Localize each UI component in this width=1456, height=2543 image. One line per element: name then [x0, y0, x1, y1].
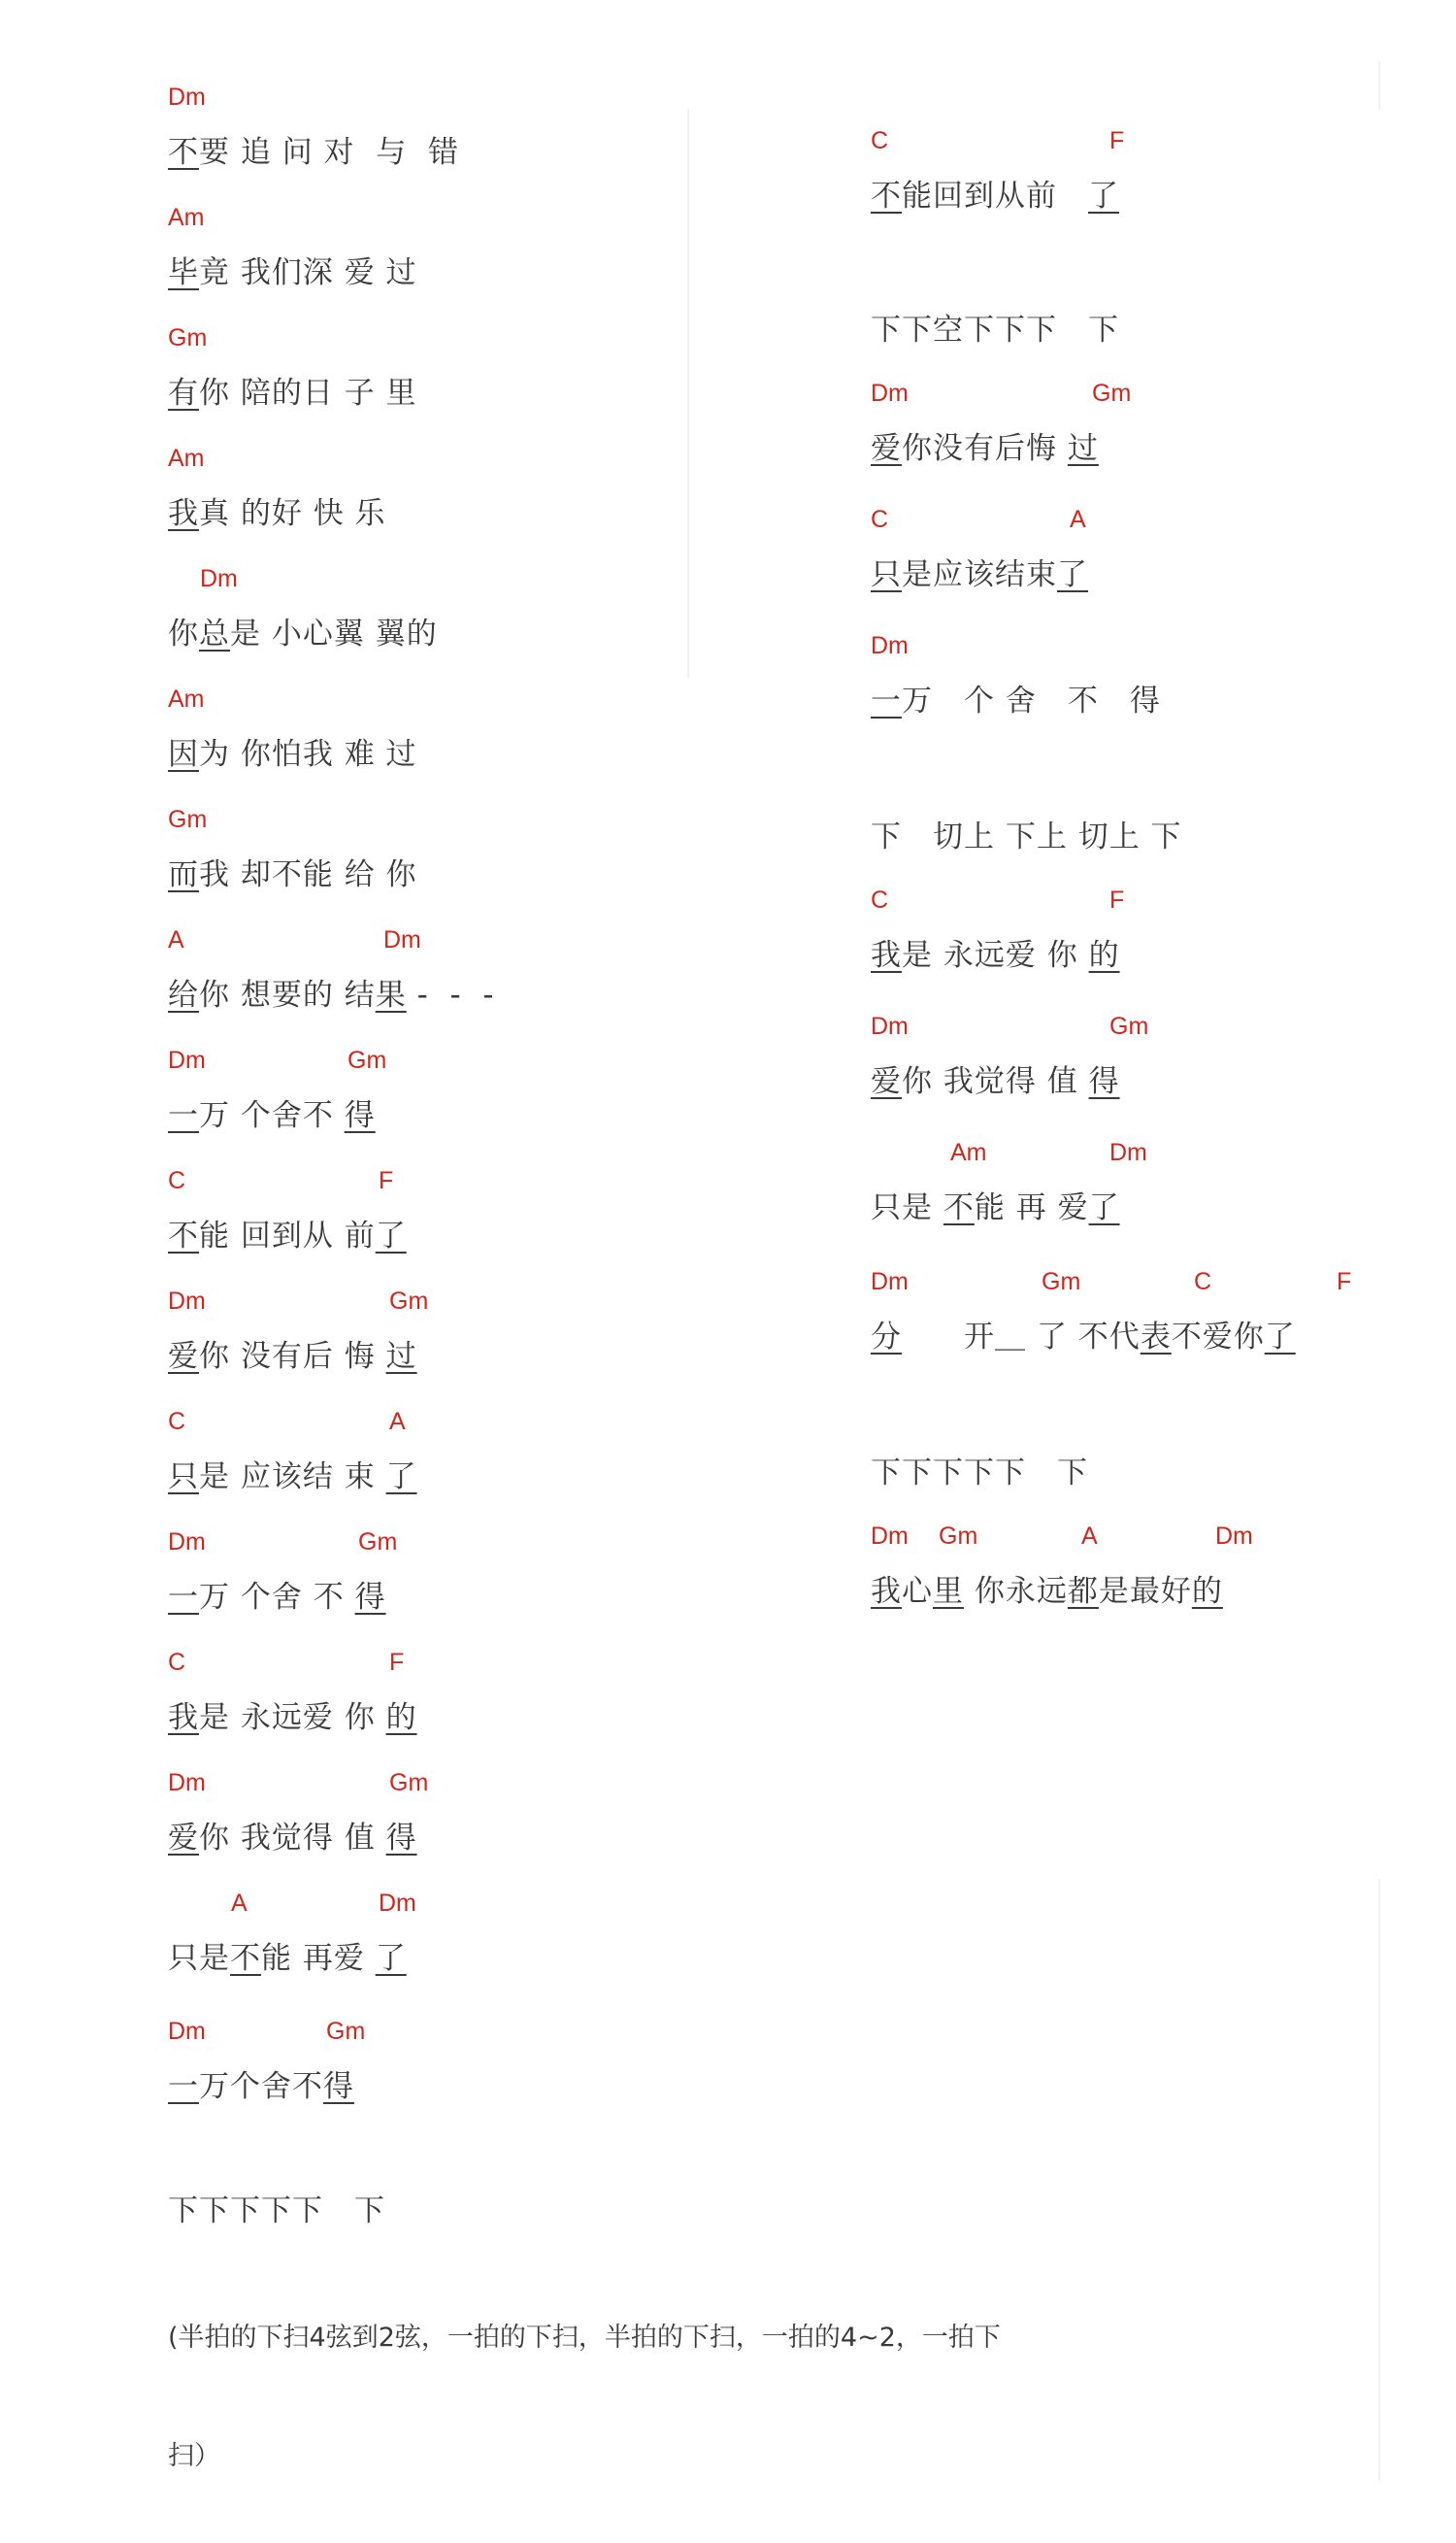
lyric-accent-char: 毕 — [168, 255, 199, 290]
lyric-line: 一万个舍不得 — [168, 2067, 354, 2106]
lyric-accent-char: 爱 — [871, 431, 902, 466]
chord-label: Dm — [1215, 1522, 1253, 1551]
lyric-line: 我真 的好 快 乐 — [168, 494, 386, 533]
lyric-accent-char: 得 — [355, 1580, 386, 1615]
lyric-accent-char: 爱 — [168, 1821, 199, 1856]
lyric-text: 你永远 — [964, 1574, 1068, 1609]
lyric-accent-char: 的 — [1192, 1574, 1223, 1609]
lyric-text: 心 — [902, 1574, 933, 1609]
lyric-line: 因为 你怕我 难 过 — [168, 735, 417, 774]
lyric-accent-char: 只 — [168, 1459, 199, 1494]
lyric-accent-char: 了 — [1088, 179, 1119, 214]
chord-label: A — [1081, 1522, 1098, 1551]
lyric-accent-char: 里 — [933, 1574, 964, 1609]
vertical-divider — [1378, 61, 1380, 110]
strum-note: (半拍的下扫4弦到2弦，一拍的下扫，半拍的下扫，一拍的4~2，一拍下 — [168, 2321, 1001, 2356]
lyric-text: 竟 我们深 爱 过 — [199, 255, 417, 290]
lyric-accent-char: 爱 — [871, 1064, 902, 1099]
chord-label: Gm — [939, 1522, 977, 1551]
lyric-line: 分 开＿ 了 不代表不爱你了 — [871, 1318, 1296, 1356]
lyric-line: 只是 不能 再 爱了 — [871, 1188, 1120, 1227]
chord-label: C — [1194, 1267, 1211, 1296]
lyric-accent-char: 我 — [871, 938, 902, 973]
chord-label: A — [389, 1407, 406, 1436]
lyric-accent-char: 得 — [386, 1821, 417, 1856]
lyric-line: 只是应该结束了 — [871, 555, 1088, 594]
lyric-accent-char: 不 — [871, 179, 902, 214]
chord-label: F — [1109, 886, 1124, 915]
lyric-accent-char: 只 — [871, 557, 902, 592]
lyric-line: 只是 应该结 束 了 — [168, 1457, 417, 1496]
lyric-line: 一万 个舍 不 得 — [168, 1578, 386, 1617]
lyric-accent-char: 都 — [1068, 1574, 1099, 1609]
chord-label: Gm — [1109, 1012, 1148, 1041]
chord-label: Dm — [168, 1527, 206, 1556]
lyric-accent-char: 分 — [871, 1320, 902, 1355]
chord-label: Gm — [1042, 1267, 1080, 1296]
lyric-accent-char: 不 — [230, 1941, 261, 1976]
lyric-text: 万 个舍不 — [199, 1098, 345, 1133]
chord-sheet-page: Dm不要 追 问 对 与 错Am毕竟 我们深 爱 过Gm有你 陪的日 子 里Am… — [0, 0, 1456, 2543]
chord-label: Dm — [168, 1287, 206, 1316]
chord-label: Am — [950, 1138, 987, 1167]
chord-label: Dm — [871, 1012, 909, 1041]
lyric-line: 我是 永远爱 你 的 — [871, 936, 1120, 975]
strum-pattern-line: 下 切上 下上 切上 下 — [871, 818, 1182, 856]
lyric-line: 爱你 我觉得 值 得 — [871, 1062, 1120, 1101]
lyric-line: 不要 追 问 对 与 错 — [168, 133, 459, 172]
lyric-line: 有你 陪的日 子 里 — [168, 374, 417, 413]
lyric-accent-char: 我 — [168, 1700, 199, 1735]
lyric-text: 下下空下下下 下 — [871, 313, 1119, 348]
lyric-text: 我 却不能 给 你 — [199, 857, 417, 892]
lyric-text: 下下下下下 下 — [871, 1456, 1088, 1490]
chord-label: Gm — [1092, 379, 1131, 408]
lyric-text: 真 的好 快 乐 — [199, 496, 386, 531]
lyric-text: 是应该结束 — [902, 557, 1057, 592]
chord-label: Dm — [871, 1522, 909, 1551]
chord-label: Gm — [347, 1046, 386, 1075]
lyric-line: 爱你 没有后 悔 过 — [168, 1337, 417, 1376]
lyric-accent-char: 了 — [376, 1219, 407, 1254]
lyric-accent-char: 了 — [1089, 1190, 1120, 1225]
chord-label: Dm — [379, 1889, 416, 1918]
lyric-line: 只是不能 再爱 了 — [168, 1939, 407, 1978]
chord-label: A — [168, 925, 184, 954]
lyric-accent-char: 一 — [168, 1098, 199, 1133]
lyric-line: 你总是 小心翼 翼的 — [168, 615, 438, 653]
lyric-text: 能 再爱 — [261, 1941, 376, 1976]
lyric-text: 你 我觉得 值 — [199, 1821, 386, 1856]
lyric-line: 给你 想要的 结果 - - - — [168, 976, 495, 1015]
lyric-line: 毕竟 我们深 爱 过 — [168, 253, 417, 292]
lyric-accent-char: 得 — [1089, 1064, 1120, 1099]
lyric-text: 能 回到从 前 — [199, 1219, 376, 1254]
lyric-text: 是 永远爱 你 — [902, 938, 1089, 973]
lyric-accent-char: 有 — [168, 376, 199, 411]
chord-label: C — [168, 1166, 185, 1195]
lyric-accent-char: 而 — [168, 857, 199, 892]
strum-note-continued: 扫） — [168, 2439, 220, 2474]
chord-label: F — [1337, 1267, 1351, 1296]
lyric-text: 只是 — [871, 1190, 943, 1225]
lyric-text: 万个舍不 — [199, 2069, 323, 2104]
chord-label: Dm — [871, 1267, 909, 1296]
lyric-text: 是 小心翼 翼的 — [230, 617, 438, 652]
lyric-text: 你 没有后 悔 — [199, 1339, 386, 1374]
lyric-accent-char: 了 — [1265, 1320, 1296, 1355]
chord-label: Gm — [168, 805, 207, 834]
lyric-accent-char: 得 — [323, 2069, 354, 2104]
lyric-text: 是 应该结 束 — [199, 1459, 386, 1494]
lyric-accent-char: 表 — [1141, 1320, 1172, 1355]
lyric-text: 你 我觉得 值 — [902, 1064, 1089, 1099]
lyric-text: 你 陪的日 子 里 — [199, 376, 417, 411]
lyric-line: 而我 却不能 给 你 — [168, 855, 417, 894]
chord-label: Gm — [326, 2017, 365, 2046]
lyric-text: 是 永远爱 你 — [199, 1700, 386, 1735]
lyric-line: 不能回到从前 了 — [871, 177, 1119, 216]
chord-label: F — [379, 1166, 393, 1195]
lyric-line: 爱你 我觉得 值 得 — [168, 1819, 417, 1857]
lyric-accent-char: 爱 — [168, 1339, 199, 1374]
lyric-accent-char: 了 — [386, 1459, 417, 1494]
lyric-accent-char: 的 — [386, 1700, 417, 1735]
strum-pattern-line: 下下空下下下 下 — [871, 311, 1119, 350]
chord-label: Dm — [871, 631, 909, 660]
chord-label: Dm — [200, 564, 238, 593]
chord-label: Dm — [168, 83, 206, 112]
chord-label: Am — [168, 203, 205, 232]
lyric-accent-char: 给 — [168, 978, 199, 1013]
lyric-text: 你 想要的 结 — [199, 978, 376, 1013]
chord-label: Dm — [1109, 1138, 1147, 1167]
chord-label: A — [231, 1889, 248, 1918]
lyric-accent-char: 一 — [168, 1580, 199, 1615]
lyric-text: 开＿ 了 不代 — [902, 1320, 1141, 1355]
vertical-divider — [687, 109, 689, 678]
lyric-text: 能回到从前 — [902, 179, 1088, 214]
chord-label: F — [389, 1648, 404, 1677]
chord-label: C — [871, 886, 888, 915]
lyric-text: 万 个舍 不 — [199, 1580, 355, 1615]
lyric-line: 我是 永远爱 你 的 — [168, 1698, 417, 1737]
lyric-accent-char: 不 — [168, 135, 199, 170]
lyric-line: 不能 回到从 前了 — [168, 1217, 407, 1255]
chord-label: Am — [168, 685, 205, 714]
vertical-divider — [1378, 1879, 1380, 2481]
lyric-accent-char: 了 — [376, 1941, 407, 1976]
lyric-text: 下 切上 下上 切上 下 — [871, 820, 1182, 854]
lyric-line: 一万 个 舍 不 得 — [871, 682, 1161, 720]
lyric-accent-char: 一 — [871, 684, 902, 719]
lyric-text: - - - — [407, 978, 495, 1013]
chord-label: C — [168, 1648, 185, 1677]
chord-label: Dm — [168, 1046, 206, 1075]
lyric-accent-char: 的 — [1089, 938, 1120, 973]
lyric-accent-char: 一 — [168, 2069, 199, 2104]
chord-label: Am — [168, 444, 205, 473]
chord-label: Dm — [871, 379, 909, 408]
chord-label: Gm — [389, 1287, 428, 1316]
chord-label: Gm — [358, 1527, 397, 1556]
lyric-accent-char: 过 — [386, 1339, 417, 1374]
strum-pattern-line: 下下下下下 下 — [871, 1454, 1088, 1492]
chord-label: C — [871, 126, 888, 155]
chord-label: Gm — [168, 323, 207, 352]
chord-label: Gm — [389, 1768, 428, 1797]
lyric-accent-char: 总 — [199, 617, 230, 652]
lyric-accent-char: 得 — [345, 1098, 376, 1133]
chord-label: C — [871, 505, 888, 534]
chord-label: Dm — [168, 2017, 206, 2046]
lyric-accent-char: 我 — [168, 496, 199, 531]
chord-label: Dm — [168, 1768, 206, 1797]
chord-label: A — [1070, 505, 1086, 534]
lyric-text: 万 个 舍 不 得 — [902, 684, 1161, 719]
lyric-accent-char: 因 — [168, 737, 199, 772]
chord-label: Dm — [383, 925, 421, 954]
lyric-line: 我心里 你永远都是最好的 — [871, 1572, 1223, 1611]
lyric-accent-char: 果 — [376, 978, 407, 1013]
lyric-text: 只是 — [168, 1941, 230, 1976]
strum-pattern-line: 下下下下下 下 — [168, 2192, 385, 2230]
lyric-line: 爱你没有后悔 过 — [871, 429, 1099, 468]
lyric-text: 是最好 — [1099, 1574, 1192, 1609]
chord-label: F — [1109, 126, 1124, 155]
lyric-accent-char: 过 — [1068, 431, 1099, 466]
lyric-accent-char: 不 — [943, 1190, 975, 1225]
lyric-accent-char: 了 — [1057, 557, 1088, 592]
lyric-text: 能 再 爱 — [975, 1190, 1089, 1225]
lyric-text: 要 追 问 对 与 错 — [199, 135, 459, 170]
lyric-text: 不爱你 — [1172, 1320, 1265, 1355]
lyric-text: 为 你怕我 难 过 — [199, 737, 417, 772]
lyric-line: 一万 个舍不 得 — [168, 1096, 376, 1135]
lyric-text: 你没有后悔 — [902, 431, 1068, 466]
lyric-accent-char: 不 — [168, 1219, 199, 1254]
chord-label: C — [168, 1407, 185, 1436]
lyric-text: 你 — [168, 617, 199, 652]
lyric-accent-char: 我 — [871, 1574, 902, 1609]
